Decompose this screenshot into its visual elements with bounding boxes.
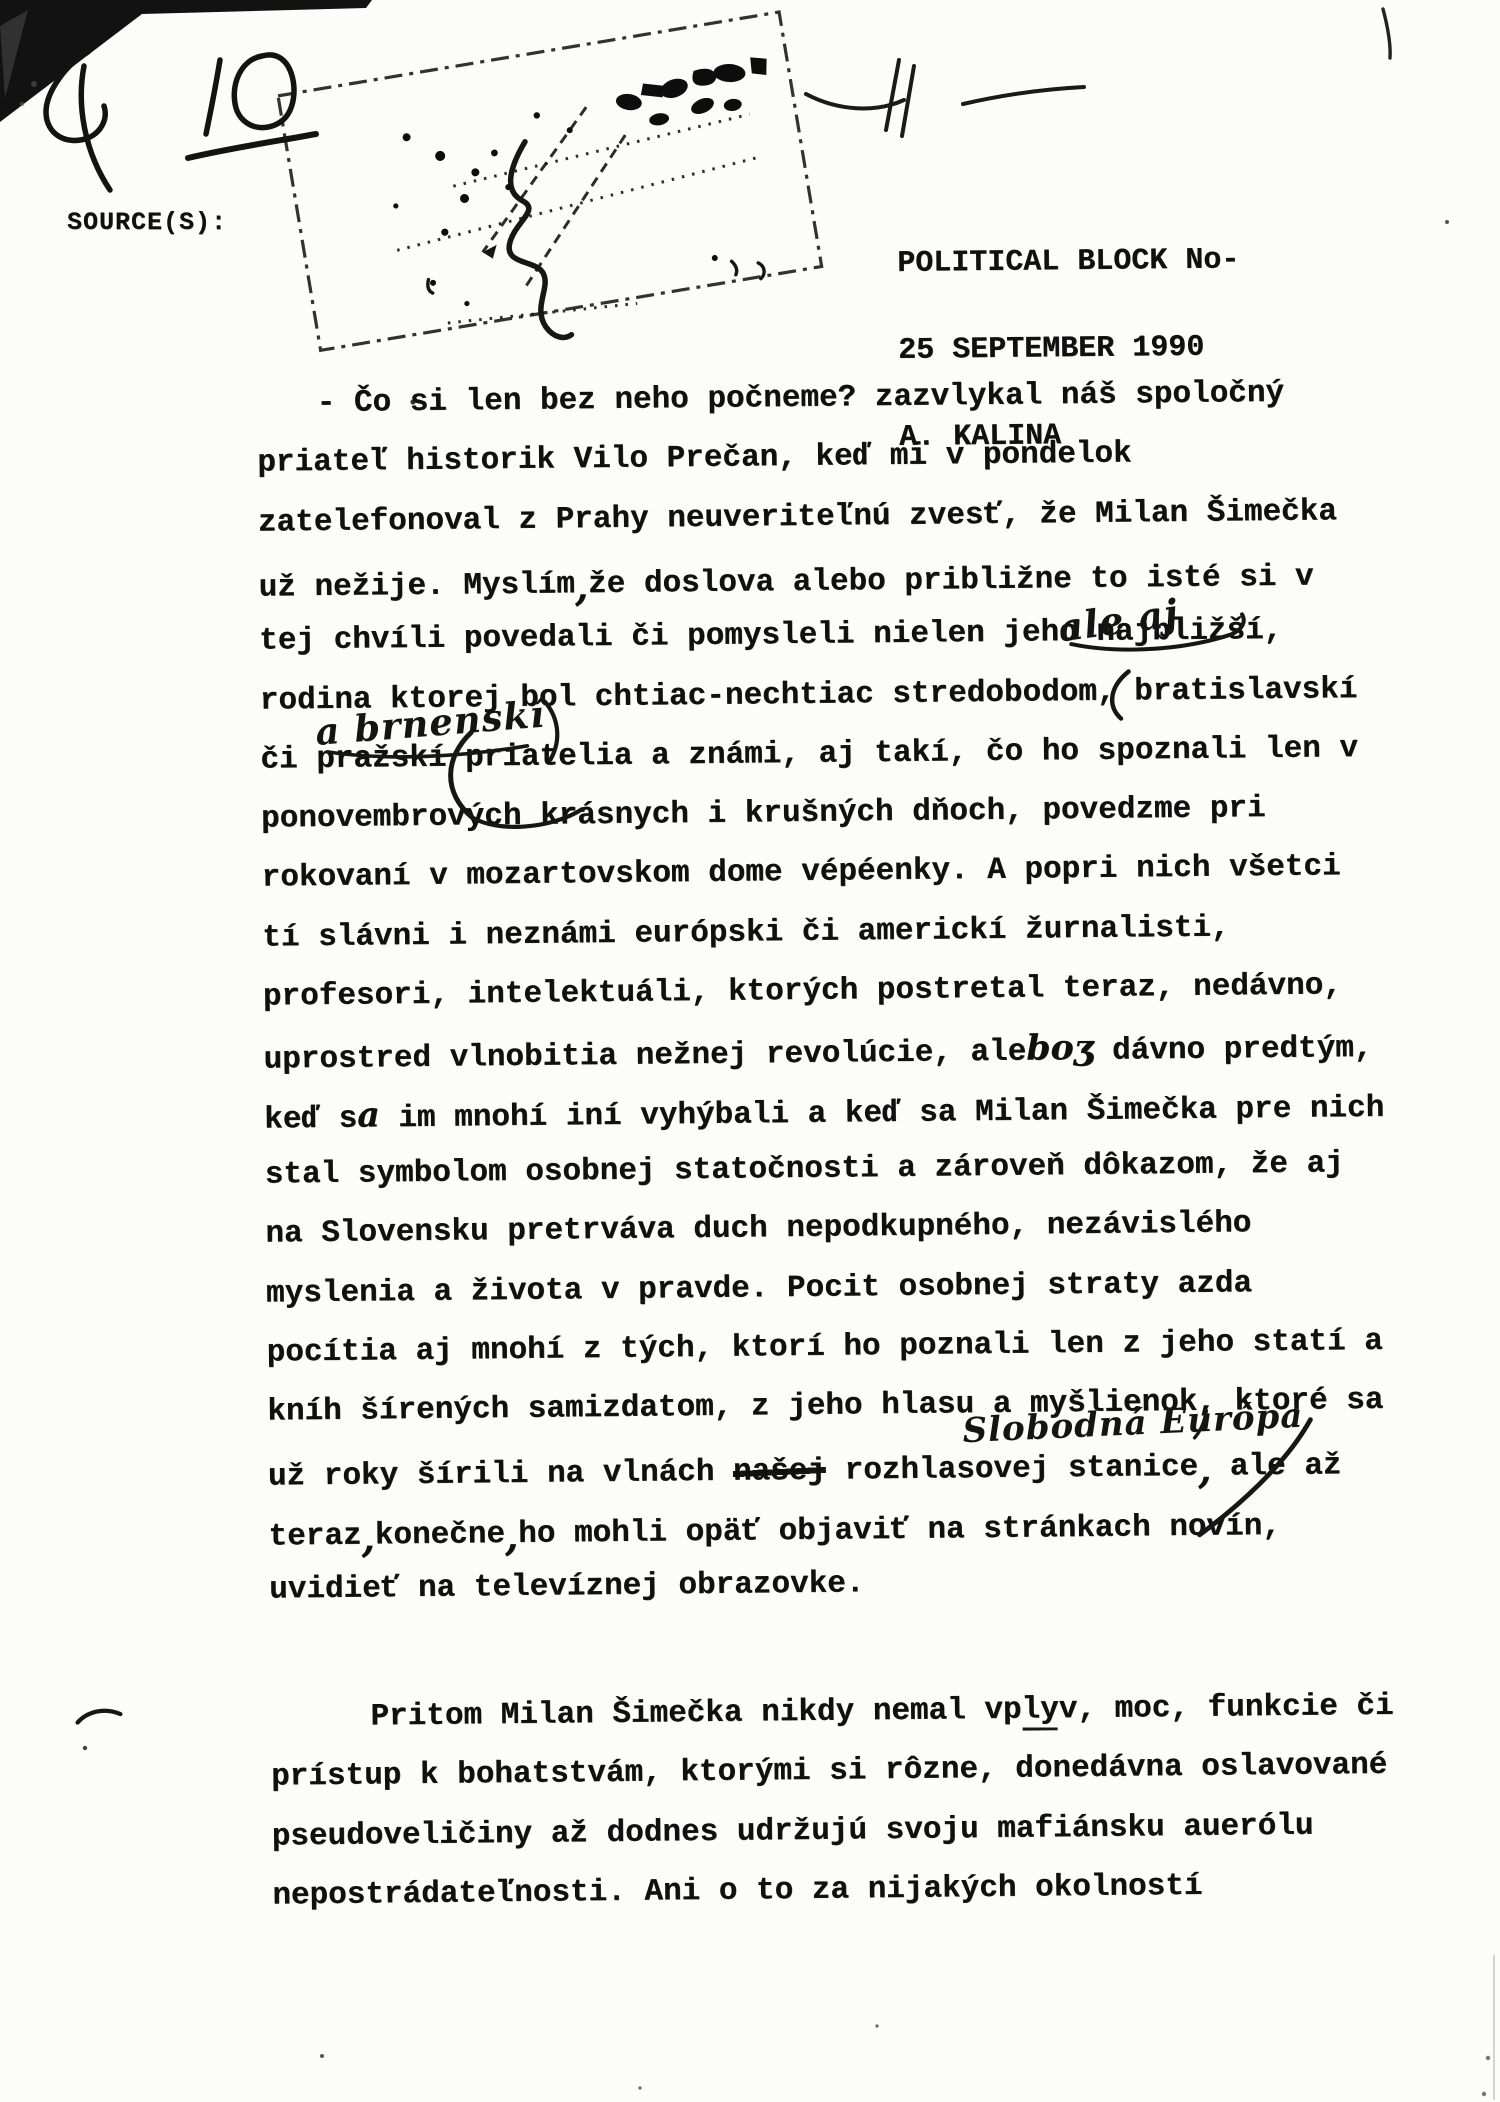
- header-line-block-no: POLITICAL BLOCK No-: [897, 246, 1239, 279]
- typed-segment: rokovaní v mozartovskom dome vépéenky. A…: [262, 850, 1341, 896]
- typed-segment: keď s: [264, 1101, 357, 1137]
- body-line: zatelefonoval z Prahy neuveriteľnú zvesť…: [258, 492, 1337, 543]
- body-line: ponovembrových krásnych i krušných dňoch…: [261, 789, 1266, 840]
- hand-edit-segment: ,: [1198, 1447, 1212, 1492]
- body-line: tí slávni i neznámi európski či americkí…: [262, 908, 1230, 958]
- hand-edit-segment: a: [357, 1094, 380, 1135]
- hand-edit-segment: boʒ: [1026, 1027, 1094, 1069]
- body-line: pseudoveličiny až dodnes udržujú svoju m…: [272, 1806, 1314, 1857]
- typed-segment: pocítia aj mnohí z tých, ktorí ho poznal…: [266, 1324, 1382, 1371]
- body-line: rokovaní v mozartovskom dome vépéenky. A…: [261, 848, 1340, 899]
- body-line: keď sa im mnohí iní vyhýbali a keď sa Mi…: [264, 1084, 1384, 1140]
- typed-segment: uprostred vlnobitia nežnej revolúcie, al…: [263, 1035, 1026, 1078]
- typed-segment: nepostrádateľnosti. Ani o to za nijakých…: [272, 1869, 1202, 1914]
- header-line-date: 25 SEPTEMBER 1990: [898, 333, 1240, 366]
- typed-segment: teraz: [268, 1518, 361, 1554]
- typed-segment: ho mohli opäť objaviť na stránkach novín…: [518, 1509, 1281, 1552]
- typed-segment: zatelefonoval z Prahy neuveriteľnú zvesť…: [258, 494, 1337, 540]
- typed-segment: v, moc, funkcie či: [1059, 1689, 1394, 1728]
- body-line: prístup k bohatstvám, ktorými si rôzne, …: [271, 1746, 1388, 1798]
- typed-segment: už nežije. Myslím: [258, 567, 575, 605]
- typed-segment: - Čo si len bez neho počneme? zazvlykal …: [317, 376, 1285, 421]
- hand-margin-dash: [77, 1711, 120, 1723]
- typed-segment: dávno predtým,: [1093, 1031, 1372, 1069]
- typed-layer: POLITICAL BLOCK No- 25 SEPTEMBER 1990 A.…: [0, 0, 1500, 2102]
- scanned-document-page: 710: [0, 0, 1500, 2102]
- typed-segment: ale až: [1211, 1449, 1342, 1485]
- typed-segment: prístup k bohatstvám, ktorými si rôzne, …: [271, 1748, 1387, 1795]
- typed-segment: konečne: [375, 1517, 506, 1553]
- hand-edit-segment: ,: [575, 564, 589, 609]
- body-line: teraz,konečne,ho mohli opäť objaviť na s…: [268, 1501, 1281, 1558]
- typed-segment: priateľ historik Vilo Prečan, keď mi v p…: [257, 437, 1132, 481]
- hand-edit-segment: ly: [1021, 1692, 1059, 1727]
- body-line: už roky šírili na vlnách našej rozhlasov…: [268, 1441, 1342, 1498]
- typed-segment: im mnohí iní vyhýbali a keď sa Milan Šim…: [380, 1090, 1385, 1136]
- body-text: - Čo si len bez neho počneme? zazvlykal …: [0, 0, 1489, 7]
- body-line: stal symbolom osobnej statočnosti a záro…: [265, 1144, 1344, 1195]
- body-line: nepostrádateľnosti. Ani o to za nijakých…: [272, 1867, 1203, 1917]
- typed-segment: profesori, intelektuáli, ktorých postret…: [263, 968, 1342, 1014]
- typed-segment: na Slovensku pretrváva duch nepodkupného…: [265, 1206, 1251, 1251]
- typed-segment: ponovembrových krásnych i krušných dňoch…: [261, 791, 1266, 837]
- typed-segment: Pritom Milan Šimečka nikdy nemal vp: [370, 1693, 1021, 1735]
- body-line: na Slovensku pretrváva duch nepodkupného…: [265, 1204, 1251, 1254]
- typed-segment: rozhlasovej stanice: [826, 1450, 1198, 1489]
- body-line: uprostred vlnobitia nežnej revolúcie, al…: [263, 1025, 1372, 1081]
- body-line: profesori, intelektuáli, ktorých postret…: [263, 966, 1342, 1017]
- body-line: pocítia aj mnohí z tých, ktorí ho poznal…: [266, 1322, 1383, 1374]
- hand-edit-segment: ,: [361, 1515, 375, 1560]
- typed-segment: pseudoveličiny až dodnes udržujú svoju m…: [272, 1808, 1314, 1854]
- typed-segment: stal symbolom osobnej statočnosti a záro…: [265, 1146, 1344, 1192]
- typed-segment: uvidieť na televíznej obrazovke.: [269, 1566, 865, 1607]
- hand-edit-segment: ,: [505, 1514, 519, 1559]
- typed-segment: že doslova alebo približne to isté si v: [588, 559, 1314, 602]
- hand-edit-segment: našej: [733, 1454, 826, 1490]
- body-line: Pritom Milan Šimečka nikdy nemal vplyv, …: [270, 1687, 1394, 1739]
- typed-segment: myslenia a života v pravde. Pocit osobne…: [266, 1266, 1252, 1311]
- body-line: uvidieť na televíznej obrazovke.: [269, 1564, 865, 1610]
- body-line: myslenia a života v pravde. Pocit osobne…: [266, 1264, 1252, 1314]
- typed-segment: tí slávni i neznámi európski či americkí…: [262, 910, 1230, 955]
- typed-segment: už roky šírili na vlnách: [268, 1455, 733, 1495]
